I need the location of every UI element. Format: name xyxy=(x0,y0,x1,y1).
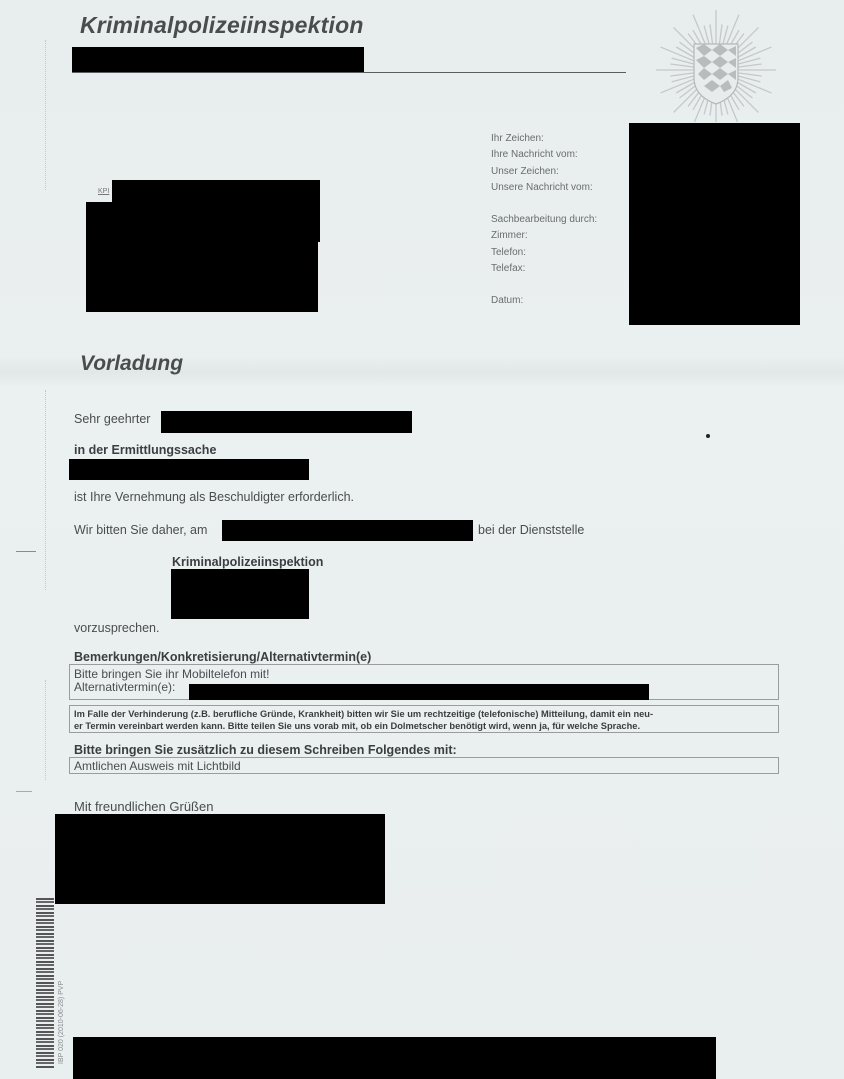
ref-label-datum: Datum: xyxy=(491,293,597,309)
case-label: in der Ermittlungssache xyxy=(74,443,216,457)
ref-label-zimmer: Zimmer: xyxy=(491,228,597,244)
margin-perforation-middle xyxy=(45,390,50,590)
ref-label-telefon: Telefon: xyxy=(491,245,597,261)
ref-label-unser-zeichen: Unser Zeichen: xyxy=(491,164,597,180)
redacted-reference-values xyxy=(629,123,800,325)
remarks-heading: Bemerkungen/Konkretisierung/Alternativte… xyxy=(74,650,371,664)
agency-title: Kriminalpolizeiinspektion xyxy=(80,12,364,39)
redacted-recipient-address xyxy=(86,202,318,312)
bavarian-police-star-icon xyxy=(652,0,780,122)
redacted-signature xyxy=(55,814,385,904)
interrogation-line: ist Ihre Vernehmung als Beschuldigter er… xyxy=(74,490,354,504)
closing-greeting: Mit freundlichen Grüßen xyxy=(74,799,213,814)
barcode xyxy=(36,898,54,1068)
notice-line-2: er Termin vereinbart werden kann. Bitte … xyxy=(70,720,778,732)
remarks-line-mobile: Bitte bringen Sie ihr Mobiltelefon mit! xyxy=(70,668,778,681)
redacted-office-address xyxy=(171,569,309,619)
redacted-agency-location xyxy=(72,47,364,72)
bring-along-heading: Bitte bringen Sie zusätzlich zu diesem S… xyxy=(74,743,457,757)
ref-label-ihr-zeichen: Ihr Zeichen: xyxy=(491,131,597,147)
ref-label-sachbearbeitung: Sachbearbeitung durch: xyxy=(491,212,597,228)
reference-labels: Ihr Zeichen: Ihre Nachricht vom: Unser Z… xyxy=(491,131,597,310)
form-code: IBP 020 (2010-06-28) PVP xyxy=(58,981,65,1064)
redacted-footer xyxy=(73,1037,716,1079)
request-line-prefix: Wir bitten Sie daher, am xyxy=(74,523,207,537)
salutation: Sehr geehrter xyxy=(74,412,150,426)
redacted-recipient-name xyxy=(161,411,412,433)
redacted-appointment-date xyxy=(222,520,473,541)
scan-speck xyxy=(706,434,710,438)
notice-line-1: Im Falle der Verhinderung (z.B. beruflic… xyxy=(70,708,778,720)
margin-perforation-top xyxy=(45,40,50,190)
ref-label-unsere-nachricht: Unsere Nachricht vom: xyxy=(491,180,597,196)
bring-along-box: Amtlichen Ausweis mit Lichtbild xyxy=(69,757,779,774)
margin-perforation-bottom xyxy=(45,680,50,780)
office-name: Kriminalpolizeiinspektion xyxy=(172,555,323,569)
ref-label-ihre-nachricht: Ihre Nachricht vom: xyxy=(491,147,597,163)
request-line-suffix: bei der Dienststelle xyxy=(478,523,584,537)
appear-line: vorzusprechen. xyxy=(74,621,159,635)
sender-line: KPI xyxy=(98,188,109,195)
fold-mark-1 xyxy=(16,551,36,552)
ref-label-telefax: Telefax: xyxy=(491,261,597,277)
fold-mark-2 xyxy=(16,791,32,792)
document-title: Vorladung xyxy=(80,352,183,376)
redacted-alternative-dates xyxy=(189,684,649,700)
redacted-case-reference xyxy=(69,459,309,480)
letter-page: Kriminalpolizeiinspektion Ihr Zeichen: I… xyxy=(0,0,844,1079)
notice-box: Im Falle der Verhinderung (z.B. beruflic… xyxy=(69,705,779,733)
bring-along-item: Amtlichen Ausweis mit Lichtbild xyxy=(70,760,778,773)
header-rule xyxy=(72,72,626,73)
